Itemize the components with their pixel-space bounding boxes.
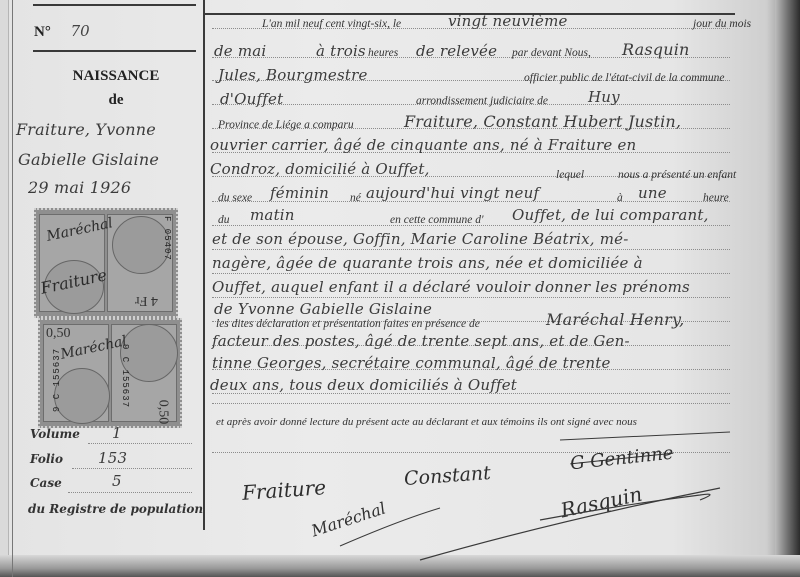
signature-flourishes <box>0 0 800 577</box>
